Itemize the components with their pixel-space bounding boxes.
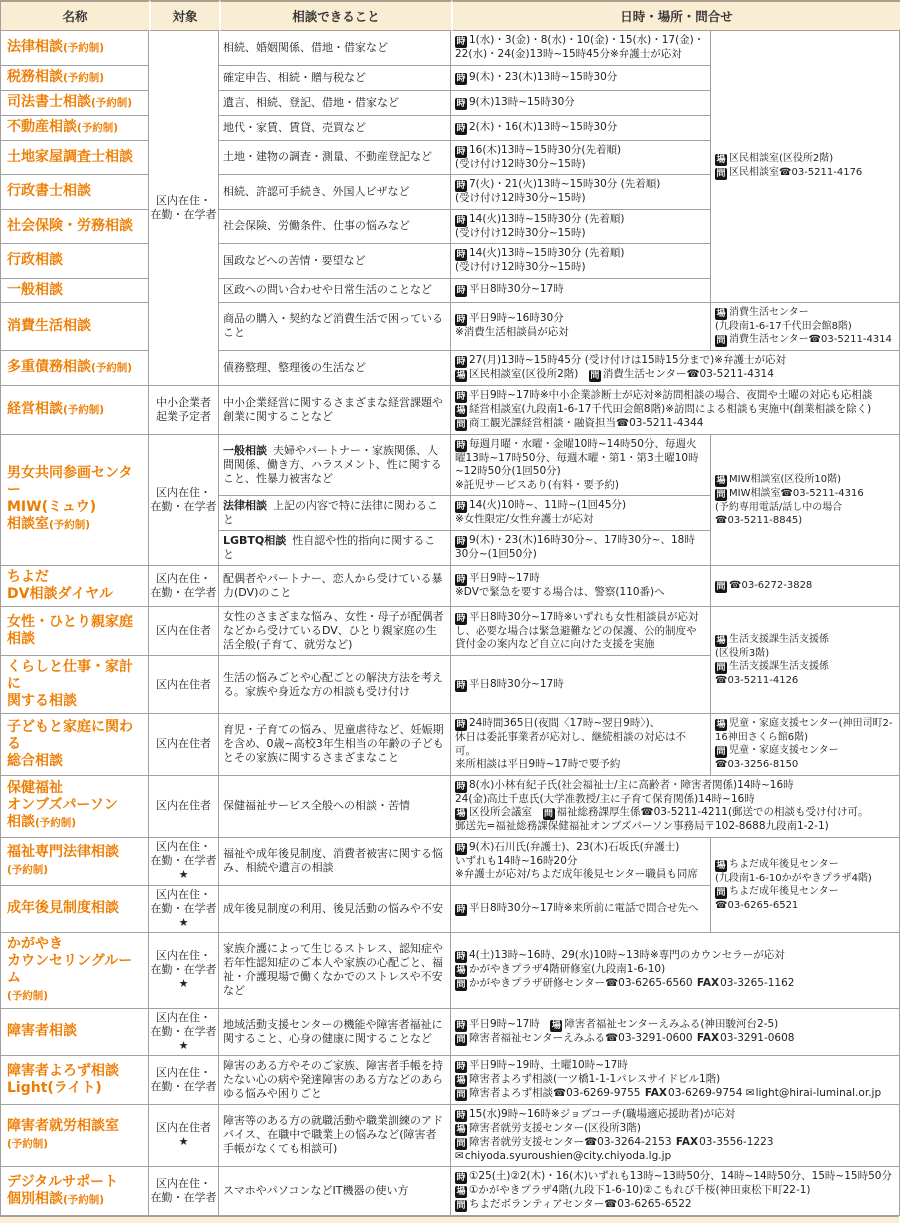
time-icon: 時 (455, 73, 467, 85)
time-icon: 時 (455, 843, 467, 855)
target-yorozu: 区内在住・在勤・在学者 (149, 1056, 219, 1105)
target-kagayaki: 区内在住・在勤・在学者★ (149, 933, 219, 1009)
service-name-seinenkouken: 成年後見制度相談 (1, 886, 149, 933)
time-shouhi: 時平日9時~16時30分※消費生活相談員が応対 (451, 303, 711, 351)
time-icon: 時 (455, 1110, 467, 1122)
service-name-miw: 男女共同参画センターMIW(ミュウ)相談室(予約制) (1, 435, 149, 567)
place-icon: 場 (715, 475, 727, 487)
time-icon: 時 (455, 501, 467, 513)
inquiry-icon: 問 (715, 746, 727, 758)
service-name-shuurou: 障害者就労相談室(予約制) (1, 1105, 149, 1168)
target-shuurou: 区内在住者★ (149, 1105, 219, 1168)
consult-sharoumu: 社会保険、労働条件、仕事の悩みなど (219, 210, 451, 245)
time-miw-ippan: 時毎週月曜・水曜・金曜10時~14時50分、毎週火曜13時~17時50分、毎週木… (451, 435, 711, 497)
service-name-zeimu: 税務相談(予約制) (1, 66, 149, 91)
fax-label: FAX (676, 1136, 698, 1148)
time-icon: 時 (455, 215, 467, 227)
consult-digital: スマホやパソコンなどIT機器の使い方 (219, 1167, 451, 1216)
time-kurashi: 時平日8時30分~17時 (451, 656, 711, 714)
consult-shouhi: 商品の購入・契約など消費生活で困っていること (219, 303, 451, 351)
consult-houritsu: 相続、婚姻関係、借地・借家など (219, 31, 451, 66)
header-target: 対象 (149, 0, 219, 31)
consult-miw-ippan: 一般相談夫婦やパートナー・家族関係、人間関係、働き方、ハラスメント、性に関するこ… (219, 435, 451, 497)
place-shouhi: 場消費生活センター(九段南1-6-17千代田会館8階)問消費生活センター☎03-… (711, 303, 900, 351)
target-hokenfukushi: 区内在住者 (149, 776, 219, 838)
consult-miw-lgbtq: LGBTQ相談性自認や性的指向に関すること (219, 531, 451, 566)
service-name-kodomo: 子どもと家庭に関わる総合相談 (1, 714, 149, 776)
consult-fudousan: 地代・家賃、賃貸、売買など (219, 116, 451, 141)
service-name-tajuusaimu: 多重債務相談(予約制) (1, 351, 149, 386)
fax-label: FAX (697, 1032, 719, 1044)
time-icon: 時 (455, 904, 467, 916)
time-dv: 時平日9時~17時※DVで緊急を要する場合は、警察(110番)へ (451, 566, 711, 607)
service-name-sharoumu: 社会保険・労務相談 (1, 210, 149, 245)
consult-dv: 配偶者やパートナー、恋人から受けている暴力(DV)のこと (219, 566, 451, 607)
place-icon: 場 (455, 1075, 467, 1087)
schedule-tajuusaimu: 時27(月)13時~15時45分 (受け付けは15時15分まで)※弁護士が応対場… (451, 351, 900, 386)
consult-shuurou: 障害等のある方の就職活動や職業訓練のアドバイス、在職中で職業上の悩みなど(障害者… (219, 1105, 451, 1168)
place-icon: 場 (715, 154, 727, 166)
consult-kagayaki: 家族介護によって生じるストレス、認知症や若年性認知症のご本人や家族の心配ごと、福… (219, 933, 451, 1009)
schedule-hokenfukushi: 時8(水)小林有紀子氏(社会福祉士/主に高齢者・障害者関係)14時~16時24(… (451, 776, 900, 838)
time-icon: 時 (455, 249, 467, 261)
time-icon: 時 (455, 285, 467, 297)
service-name-josei: 女性・ひとり親家庭相談 (1, 607, 149, 656)
time-gyousei: 時14(火)13時~15時30分 (先着順)(受け付け12時30分~15時) (451, 244, 711, 279)
target-residents-workers-students: 区内在住・在勤・在学者 (149, 31, 219, 386)
time-icon: 時 (455, 98, 467, 110)
header-datetime: 日時・場所・問合せ (451, 0, 900, 31)
service-name-houritsu: 法律相談(予約制) (1, 31, 149, 66)
time-icon: 時 (455, 1172, 467, 1184)
consultation-table: 名称 対象 相談できること 日時・場所・問合せ 区内在住・在勤・在学者 場区民相… (0, 0, 900, 1216)
time-icon: 時 (455, 36, 467, 48)
time-gyouseishoshi: 時7(火)・21(火)13時~15時30分 (先着順)(受け付け12時30分~1… (451, 175, 711, 210)
time-zeimu: 時9(木)・23(木)13時~15時30分 (451, 66, 711, 91)
place-kodomo: 場児童・家庭支援センター(神田司町2-16神田さくら館6階)問児童・家庭支援セン… (711, 714, 900, 776)
place-icon: 場 (455, 370, 467, 382)
consult-gyouseishoshi: 相続、許認可手続き、外国人ビザなど (219, 175, 451, 210)
place-dv: 問☎03-6272-3828 (711, 566, 900, 607)
inquiry-icon: 問 (715, 489, 727, 501)
time-ippan: 時平日8時30分~17時 (451, 279, 711, 303)
place-icon: 場 (715, 635, 727, 647)
target-seinenkouken: 区内在住・在勤・在学者★ (149, 886, 219, 933)
service-name-shihoushoshi: 司法書士相談(予約制) (1, 91, 149, 116)
time-seinenkouken: 時平日8時30分~17時※来所前に電話で問合せ先へ (451, 886, 711, 933)
consult-gyousei: 国政などへの苦情・要望など (219, 244, 451, 279)
consult-fukushihouritsu: 福祉や成年後見制度、消費者被害に関する悩み、相続や遺言の相談 (219, 838, 451, 886)
time-icon: 時 (455, 951, 467, 963)
place-icon: 場 (550, 1020, 562, 1032)
target-josei: 区内在住者 (149, 607, 219, 656)
time-icon: 時 (455, 781, 467, 793)
place-icon: 場 (455, 1186, 467, 1198)
consult-seinenkouken: 成年後見制度の利用、後見活動の悩みや不安 (219, 886, 451, 933)
inquiry-icon: 問 (715, 581, 727, 593)
target-shougaisha: 区内在住・在勤・在学者★ (149, 1009, 219, 1056)
inquiry-icon: 問 (715, 335, 727, 347)
place-kumin-soudan: 場区民相談室(区役所2階)問区民相談室☎03-5211-4176 (711, 31, 900, 303)
service-name-yorozu: 障害者よろず相談Light(ライト) (1, 1056, 149, 1105)
service-name-fukushihouritsu: 福祉専門法律相談(予約制) (1, 838, 149, 886)
inquiry-icon: 問 (455, 419, 467, 431)
place-icon: 場 (715, 308, 727, 320)
fax-label: FAX (697, 977, 719, 989)
consult-hokenfukushi: 保健福祉サービス全般への相談・苦情 (219, 776, 451, 838)
consult-ippan: 区政への問い合わせや日常生活のことなど (219, 279, 451, 303)
consult-tajuusaimu: 債務整理、整理後の生活など (219, 351, 451, 386)
consult-zeimu: 確定申告、相続・贈与税など (219, 66, 451, 91)
fax-label: FAX (645, 1087, 667, 1099)
time-icon: 時 (455, 613, 467, 625)
mail-icon: ✉ (455, 1150, 464, 1162)
target-fukushihouritsu: 区内在住・在勤・在学者★ (149, 838, 219, 886)
consultation-schedule-page: 名称 対象 相談できること 日時・場所・問合せ 区内在住・在勤・在学者 場区民相… (0, 0, 900, 1223)
place-icon: 場 (455, 1124, 467, 1136)
time-kodomo: 時24時間365日(夜間〈17時~翌日9時〉)、休日は委託事業者が応対し、継続相… (451, 714, 711, 776)
time-icon: 時 (455, 574, 467, 586)
consult-shougaisha: 地域活動支援センターの機能や障害者福祉に関すること、心身の健康に関することなど (219, 1009, 451, 1056)
time-josei: 時平日8時30分~17時※いずれも女性相談員が応対し、必要な場合は緊急避難などの… (451, 607, 711, 656)
service-name-hokenfukushi: 保健福祉オンブズパーソン相談(予約制) (1, 776, 149, 838)
time-houritsu: 時1(水)・3(金)・8(水)・10(金)・15(水)・17(金)・22(水)・… (451, 31, 711, 66)
place-icon: 場 (455, 965, 467, 977)
schedule-shougaisha: 時平日9時~17時 場障害者福祉センターえみふる(神田駿河台2-5)問障害者福祉… (451, 1009, 900, 1056)
consult-shihoushoshi: 遺言、相続、登記、借地・借家など (219, 91, 451, 116)
service-name-keiei: 経営相談(予約制) (1, 386, 149, 435)
inquiry-icon: 問 (455, 1089, 467, 1101)
inquiry-icon: 問 (455, 1200, 467, 1212)
schedule-digital: 時①25(土)②2(木)・16(木)いずれも13時~13時50分、14時~14時… (451, 1167, 900, 1216)
service-name-gyouseishoshi: 行政書士相談 (1, 175, 149, 210)
time-icon: 時 (455, 680, 467, 692)
time-fukushihouritsu: 時9(木)石川氏(弁護士)、23(木)石坂氏(弁護士)いずれも14時~16時20… (451, 838, 711, 886)
time-miw-lgbtq: 時9(木)・23(木)16時30分~、17時30分~、18時30分~(1回50分… (451, 531, 711, 566)
service-name-digital: デジタルサポート個別相談(予約制) (1, 1167, 149, 1216)
target-kodomo: 区内在住者 (149, 714, 219, 776)
inquiry-icon: 問 (455, 979, 467, 991)
inquiry-icon: 問 (455, 1138, 467, 1150)
service-name-shougaisha: 障害者相談 (1, 1009, 149, 1056)
service-name-dv: ちよだDV相談ダイヤル (1, 566, 149, 607)
schedule-yorozu: 時平日9時~19時、土曜10時~17時場障害者よろず相談(一ツ橋1-1-1パレス… (451, 1056, 900, 1105)
consult-josei: 女性のさまざまな悩み、女性・母子が配偶者などから受けているDV、ひとり親家庭の生… (219, 607, 451, 656)
target-keiei: 中小企業者起業予定者 (149, 386, 219, 435)
consult-kurashi: 生活の悩みごとや心配ごとの解決方法を考える。家族や身近な方の相談も受け付け (219, 656, 451, 714)
time-icon: 時 (455, 440, 467, 452)
time-icon: 時 (455, 123, 467, 135)
target-miw: 区内在住・在勤・在学者 (149, 435, 219, 567)
place-icon: 場 (455, 405, 467, 417)
service-name-gyousei: 行政相談 (1, 244, 149, 279)
service-name-fudousan: 不動産相談(予約制) (1, 116, 149, 141)
inquiry-icon: 問 (455, 1034, 467, 1046)
service-name-ippan: 一般相談 (1, 279, 149, 303)
time-icon: 時 (455, 1061, 467, 1073)
time-icon: 時 (455, 314, 467, 326)
place-miw: 場MIW相談室(区役所10階)問MIW相談室☎03-5211-4316(予約専用… (711, 435, 900, 567)
time-shihoushoshi: 時9(木)13時~15時30分 (451, 91, 711, 116)
inquiry-icon: 問 (543, 808, 555, 820)
time-tochikaoku: 時16(木)13時~15時30分(先着順)(受け付け12時30分~15時) (451, 141, 711, 176)
place-icon: 場 (715, 860, 727, 872)
place-seinenkouken-center: 場ちよだ成年後見センター(九段南1-6-10かがやきプラザ4階)問ちよだ成年後見… (711, 838, 900, 933)
target-digital: 区内在住・在勤・在学者 (149, 1167, 219, 1216)
schedule-shuurou: 時15(水)9時~16時※ジョブコーチ(職場適応援助者)が応対場障害者就労支援セ… (451, 1105, 900, 1168)
time-icon: 時 (455, 146, 467, 158)
mail-icon: ✉ (746, 1087, 755, 1099)
service-name-kurashi: くらしと仕事・家計に関する相談 (1, 656, 149, 714)
time-icon: 時 (455, 180, 467, 192)
table-bottom-border (0, 1216, 899, 1223)
place-icon: 場 (715, 719, 727, 731)
consult-kodomo: 育児・子育ての悩み、児童虐待など、妊娠期を含め、0歳~高校3年生相当の年齢の子ど… (219, 714, 451, 776)
consult-tochikaoku: 土地・建物の調査・測量、不動産登記など (219, 141, 451, 176)
time-icon: 時 (455, 391, 467, 403)
target-kurashi: 区内在住者 (149, 656, 219, 714)
inquiry-icon: 問 (715, 662, 727, 674)
header-consult: 相談できること (219, 0, 451, 31)
consult-yorozu: 障害のある方やそのご家族、障害者手帳を持たない心の病や発達障害のある方などのあら… (219, 1056, 451, 1105)
time-miw-houritsu: 時14(火)10時~、11時~(1回45分)※女性限定/女性弁護士が応対 (451, 496, 711, 531)
time-icon: 時 (455, 719, 467, 731)
service-name-tochikaoku: 土地家屋調査士相談 (1, 141, 149, 176)
time-icon: 時 (455, 536, 467, 548)
inquiry-icon: 問 (715, 887, 727, 899)
time-fudousan: 時2(木)・16(木)13時~15時30分 (451, 116, 711, 141)
time-sharoumu: 時14(火)13時~15時30分 (先着順)(受け付け12時30分~15時) (451, 210, 711, 245)
consult-keiei: 中小企業経営に関するさまざまな経営課題や創業に関することなど (219, 386, 451, 435)
inquiry-icon: 問 (715, 168, 727, 180)
consult-miw-houritsu: 法律相談上記の内容で特に法律に関わること (219, 496, 451, 531)
place-seikatsu-shien: 場生活支援課生活支援係(区役所3階)問生活支援課生活支援係☎03-5211-41… (711, 607, 900, 714)
schedule-kagayaki: 時4(土)13時~16時、29(水)10時~13時※専門のカウンセラーが応対場か… (451, 933, 900, 1009)
target-dv: 区内在住・在勤・在学者 (149, 566, 219, 607)
service-name-shouhi: 消費生活相談 (1, 303, 149, 351)
place-icon: 場 (455, 808, 467, 820)
inquiry-icon: 問 (589, 370, 601, 382)
time-icon: 時 (455, 356, 467, 368)
time-icon: 時 (455, 1020, 467, 1032)
service-name-kagayaki: かがやきカウンセリングルーム(予約制) (1, 933, 149, 1009)
header-name: 名称 (1, 0, 149, 31)
schedule-keiei: 時平日9時~17時※中小企業診断士が応対※訪問相談の場合、夜間や土曜の対応も応相… (451, 386, 900, 435)
